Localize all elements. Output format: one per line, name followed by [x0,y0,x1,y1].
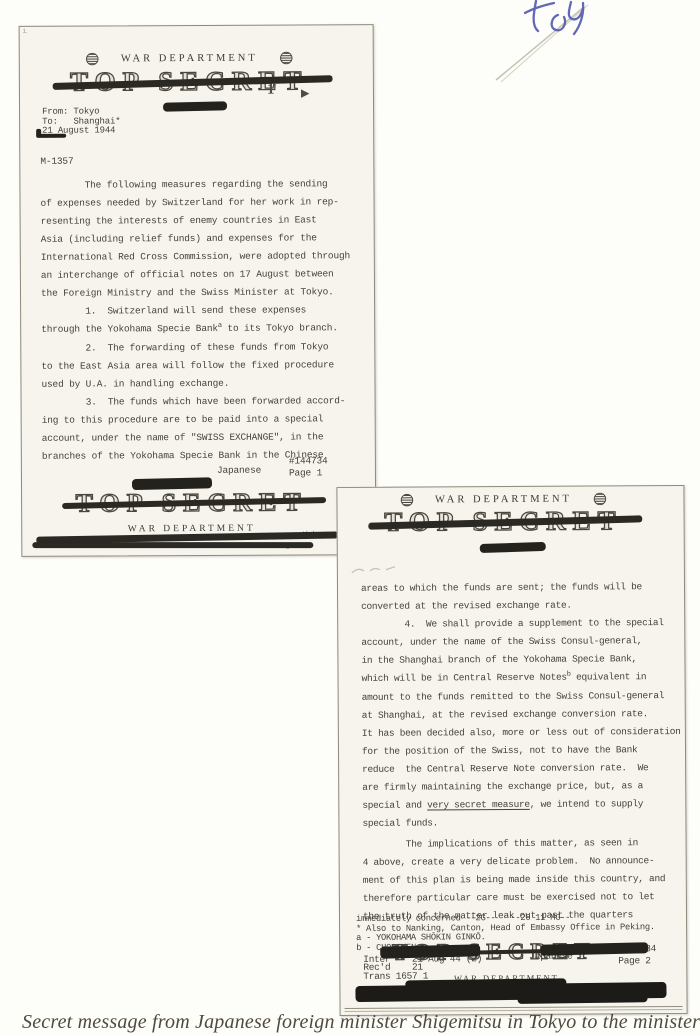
top-secret-stamp: TOP SECRET [384,505,623,537]
paragraph: special and very secret measure, we inte… [362,795,683,815]
document-page-2: WAR DEPARTMENT TOP SECRET areas to which… [336,485,687,1016]
paragraph: 2. The forwarding of these funds from To… [41,338,366,394]
paragraph: 4. We shall provide a supplement to the … [361,614,682,670]
paragraph: areas to which the funds are sent; the f… [361,578,682,616]
underlined-phrase: very secret measure [427,799,530,811]
globe-icon [280,51,293,64]
paragraph: special funds. [362,813,683,833]
redaction-blob [380,944,480,958]
paragraph: through the Yokohama Specie Banka to its… [41,319,366,340]
footnote-ref-a: a [218,322,222,330]
serial-number: #144734 [289,455,328,467]
handwritten-annotation [470,0,670,110]
page2-body: areas to which the funds are sent; the f… [361,578,684,926]
globe-icon [594,492,607,505]
redaction-blob [163,101,227,111]
message-number: M-1357 [40,153,73,171]
top-secret-stamp: TOP SECRET [392,938,596,965]
paragraph: 1. Switzerland will send these expenses [41,301,366,321]
footnote-ref-b: b [567,671,571,679]
paragraph: The following measures regarding the sen… [40,175,366,303]
pencil-scribble [350,562,410,578]
scanned-document: 1. WAR DEPARTMENT TOP SECRET 1 ▶ From: T… [0,0,700,1035]
war-department-heading: WAR DEPARTMENT [435,494,572,506]
page-number: Page 1 [289,467,328,479]
war-department-heading: WAR DEPARTMENT [121,53,258,65]
scan-mark: 1 [267,82,275,99]
globe-icon [86,53,99,66]
page1-body: The following measures regarding the sen… [40,175,367,466]
globe-icon [400,494,413,507]
redacted-caveat-line: with the greatest care of vital intellig… [32,533,367,555]
redaction-bar [32,542,313,548]
redaction-bar-large [355,982,666,1002]
message-routing-block: From: Tokyo To: Shanghai* 21 August 1944 [42,107,120,136]
page-corner-mark: 1. [23,29,28,35]
paragraph: amount to the funds remitted to the Swis… [362,687,684,797]
scan-mark: ▶ [301,86,310,99]
page1-header: WAR DEPARTMENT [20,51,359,66]
document-page-1: 1. WAR DEPARTMENT TOP SECRET 1 ▶ From: T… [19,24,377,557]
page-number: Page 2 [618,955,656,967]
ink-smudge [36,129,41,137]
photo-caption: Secret message from Japanese foreign min… [22,1011,700,1034]
paragraph: which will be in Central Reserve Notesb … [362,668,683,689]
redaction-blob [480,542,546,553]
footer-language: Japanese [217,462,261,480]
footer-serial-block: #144734 Page 1 [289,455,328,479]
top-secret-stamp: TOP SECRET [76,487,308,518]
